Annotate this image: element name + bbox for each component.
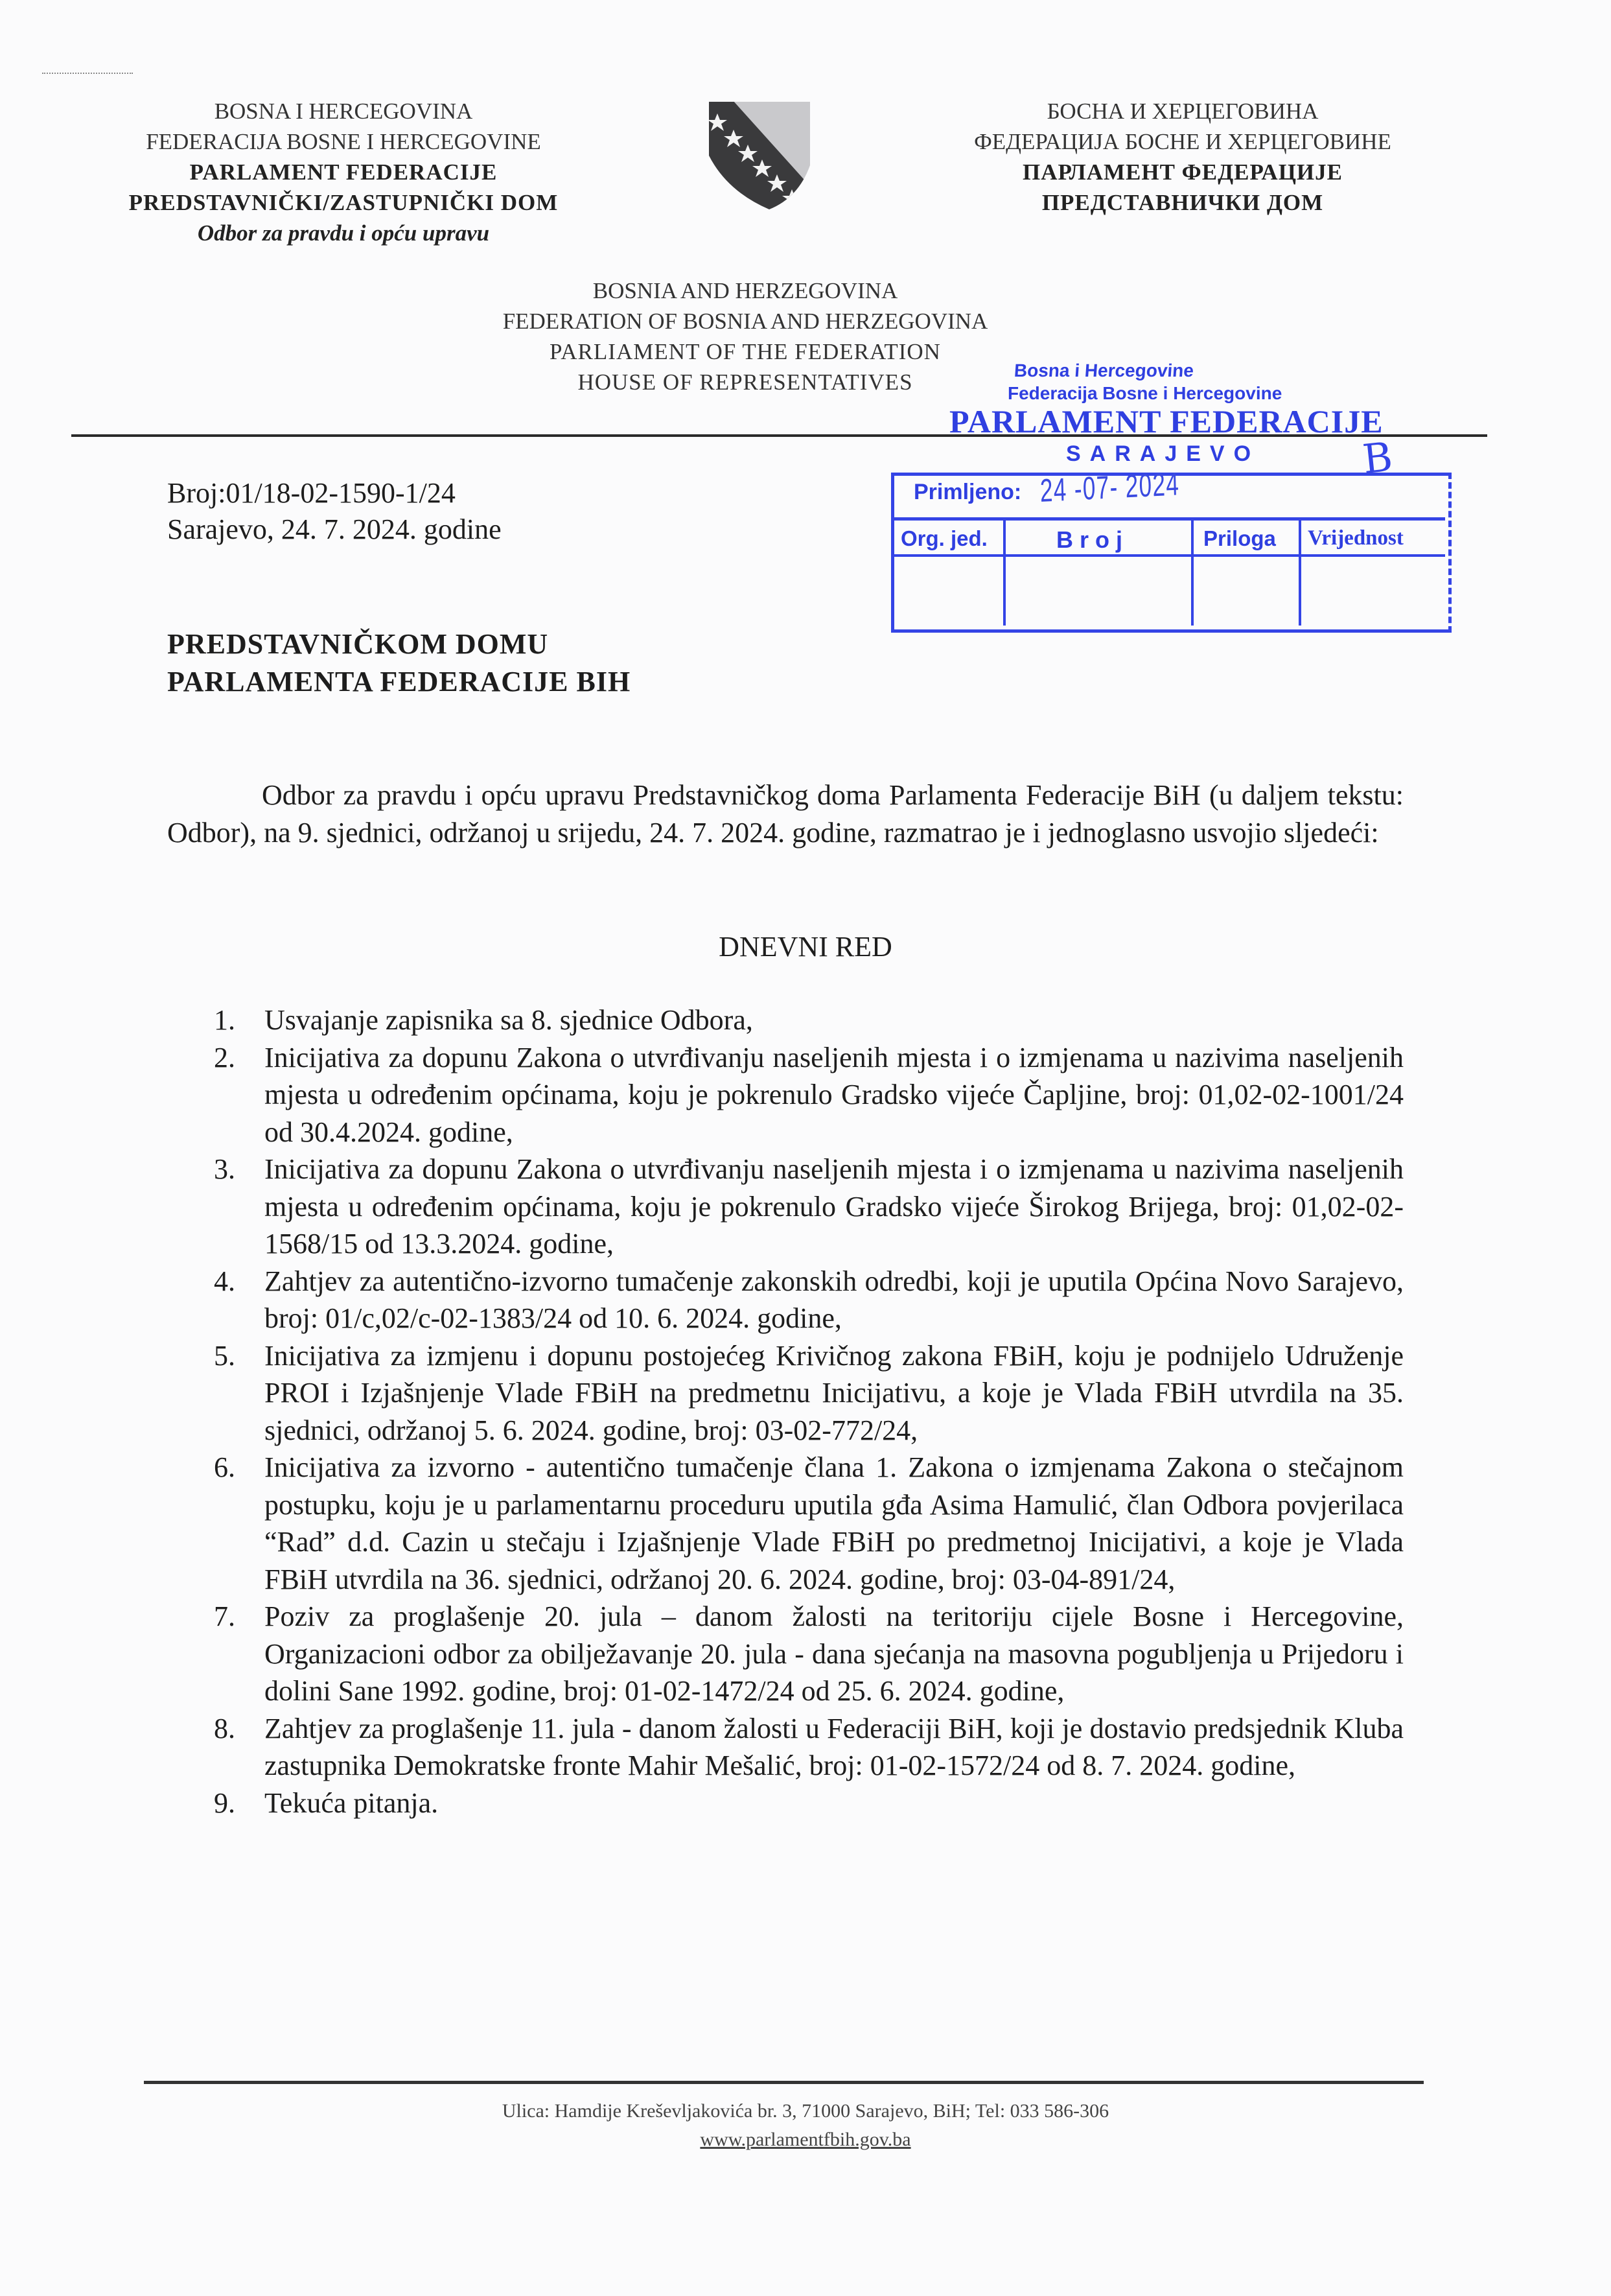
reference-place-date: Sarajevo, 24. 7. 2024. godine: [167, 511, 502, 548]
agenda-item: 5.Inicijativa za izmjenu i dopunu postoj…: [188, 1337, 1404, 1449]
addressee-line2: PARLAMENTA FEDERACIJE BIH: [167, 663, 631, 701]
agenda-item-text: Poziv za proglašenje 20. jula – danom ža…: [264, 1600, 1404, 1707]
stamp-line3: PARLAMENT FEDERACIJE: [949, 403, 1384, 439]
stamp-col-broj: B r o j: [1056, 526, 1122, 554]
footer: Ulica: Hamdije Kreševljakovića br. 3, 71…: [0, 2097, 1611, 2154]
header-left-line2: FEDERACIJA BOSNE I HERCEGOVINE: [97, 126, 590, 157]
agenda-item-number: 8.: [214, 1710, 235, 1748]
header-right-line4: ПРЕДСТАВНИЧКИ ДОМ: [907, 187, 1458, 218]
stamp-column-divider: [1003, 519, 1006, 626]
footer-address: Ulica: Hamdije Kreševljakovića br. 3, 71…: [0, 2097, 1611, 2126]
header-right: БОСНА И ХЕРЦЕГОВИНА ФЕДЕРАЦИЈА БОСНЕ И Х…: [907, 96, 1458, 218]
stamp-col-priloga: Priloga: [1203, 526, 1276, 551]
stamp-divider: [894, 517, 1445, 521]
header-left-line3: PARLAMENT FEDERACIJE: [97, 157, 590, 187]
header-right-line2: ФЕДЕРАЦИЈА БОСНЕ И ХЕРЦЕГОВИНЕ: [907, 126, 1458, 157]
stamp-divider: [894, 554, 1445, 557]
header-center-line3: PARLIAMENT OF THE FEDERATION: [421, 336, 1069, 367]
reference-number: Broj:01/18-02-1590-1/24: [167, 475, 502, 511]
header-center: BOSNIA AND HERZEGOVINA FEDERATION OF BOS…: [421, 275, 1069, 397]
header-left-line4: PREDSTAVNIČKI/ZASTUPNIČKI DOM: [97, 187, 590, 218]
addressee-block: PREDSTAVNIČKOM DOMU PARLAMENTA FEDERACIJ…: [167, 626, 631, 701]
agenda-item: 2.Inicijativa za dopunu Zakona o utvrđiv…: [188, 1039, 1404, 1151]
stamp-col-org: Org. jed.: [901, 526, 988, 551]
agenda-item-number: 1.: [214, 1002, 235, 1039]
scan-mark: [42, 73, 133, 76]
agenda-item: 9.Tekuća pitanja.: [188, 1785, 1404, 1822]
agenda-item: 4.Zahtjev za autentično-izvorno tumačenj…: [188, 1263, 1404, 1337]
agenda-item: 1.Usvajanje zapisnika sa 8. sjednice Odb…: [188, 1002, 1404, 1039]
agenda-item-text: Inicijativa za dopunu Zakona o utvrđivan…: [264, 1042, 1404, 1148]
agenda-item-text: Inicijativa za izvorno - autentično tuma…: [264, 1451, 1404, 1595]
agenda-item-number: 3.: [214, 1151, 235, 1188]
header-right-line1: БОСНА И ХЕРЦЕГОВИНА: [907, 96, 1458, 126]
stamp-col-vrijednost: Vrijednost: [1308, 526, 1404, 550]
agenda-item-text: Zahtjev za proglašenje 11. jula - danom …: [264, 1713, 1404, 1782]
agenda-item-text: Zahtjev za autentično-izvorno tumačenje …: [264, 1265, 1404, 1335]
agenda-item-number: 9.: [214, 1785, 235, 1822]
stamp-received-label: Primljeno:: [914, 480, 1021, 505]
intro-paragraph: Odbor za pravdu i opću upravu Predstavni…: [167, 777, 1404, 852]
agenda-item-text: Inicijativa za izmjenu i dopunu postojeć…: [264, 1340, 1404, 1446]
agenda-item-text: Tekuća pitanja.: [264, 1787, 438, 1819]
coat-of-arms-icon: [701, 94, 815, 211]
stamp-line1: Bosna i Hercegovine: [1014, 360, 1194, 382]
addressee-line1: PREDSTAVNIČKOM DOMU: [167, 626, 631, 663]
agenda-item: 8.Zahtjev za proglašenje 11. jula - dano…: [188, 1710, 1404, 1785]
header-right-line3: ПАРЛАМЕНТ ФЕДЕРАЦИЈЕ: [907, 157, 1458, 187]
header-center-line4: HOUSE OF REPRESENTATIVES: [421, 367, 1069, 397]
agenda-item: 6.Inicijativa za izvorno - autentično tu…: [188, 1449, 1404, 1598]
agenda-item-text: Inicijativa za dopunu Zakona o utvrđivan…: [264, 1153, 1404, 1259]
stamp-city: SARAJEVO: [1066, 441, 1260, 467]
agenda-item: 7.Poziv za proglašenje 20. jula – danom …: [188, 1598, 1404, 1710]
header-center-line1: BOSNIA AND HERZEGOVINA: [421, 275, 1069, 306]
agenda-list: 1.Usvajanje zapisnika sa 8. sjednice Odb…: [188, 1002, 1404, 1822]
agenda-item-number: 6.: [214, 1449, 235, 1486]
header-center-line2: FEDERATION OF BOSNIA AND HERZEGOVINA: [421, 306, 1069, 336]
intro-text: Odbor za pravdu i opću upravu Predstavni…: [167, 779, 1404, 849]
agenda-item-number: 5.: [214, 1337, 235, 1375]
agenda-item-number: 7.: [214, 1598, 235, 1635]
stamp-column-divider: [1299, 519, 1301, 626]
agenda-item-number: 4.: [214, 1263, 235, 1300]
agenda-item-text: Usvajanje zapisnika sa 8. sjednice Odbor…: [264, 1004, 753, 1036]
agenda-item: 3.Inicijativa za dopunu Zakona o utvrđiv…: [188, 1151, 1404, 1263]
header-left: BOSNA I HERCEGOVINA FEDERACIJA BOSNE I H…: [97, 96, 590, 248]
stamp-line2: Federacija Bosne i Hercegovine: [1008, 382, 1282, 404]
reference-block: Broj:01/18-02-1590-1/24 Sarajevo, 24. 7.…: [167, 475, 502, 548]
header-left-committee: Odbor za pravdu i opću upravu: [97, 218, 590, 248]
agenda-item-number: 2.: [214, 1039, 235, 1077]
footer-website-link[interactable]: www.parlamentfbih.gov.ba: [700, 2129, 910, 2150]
footer-divider: [144, 2081, 1424, 2084]
stamp-column-divider: [1191, 519, 1194, 626]
agenda-title: DNEVNI RED: [0, 928, 1611, 966]
header-left-line1: BOSNA I HERCEGOVINA: [97, 96, 590, 126]
stamp-received-date: 24 -07- 2024: [1039, 465, 1180, 510]
